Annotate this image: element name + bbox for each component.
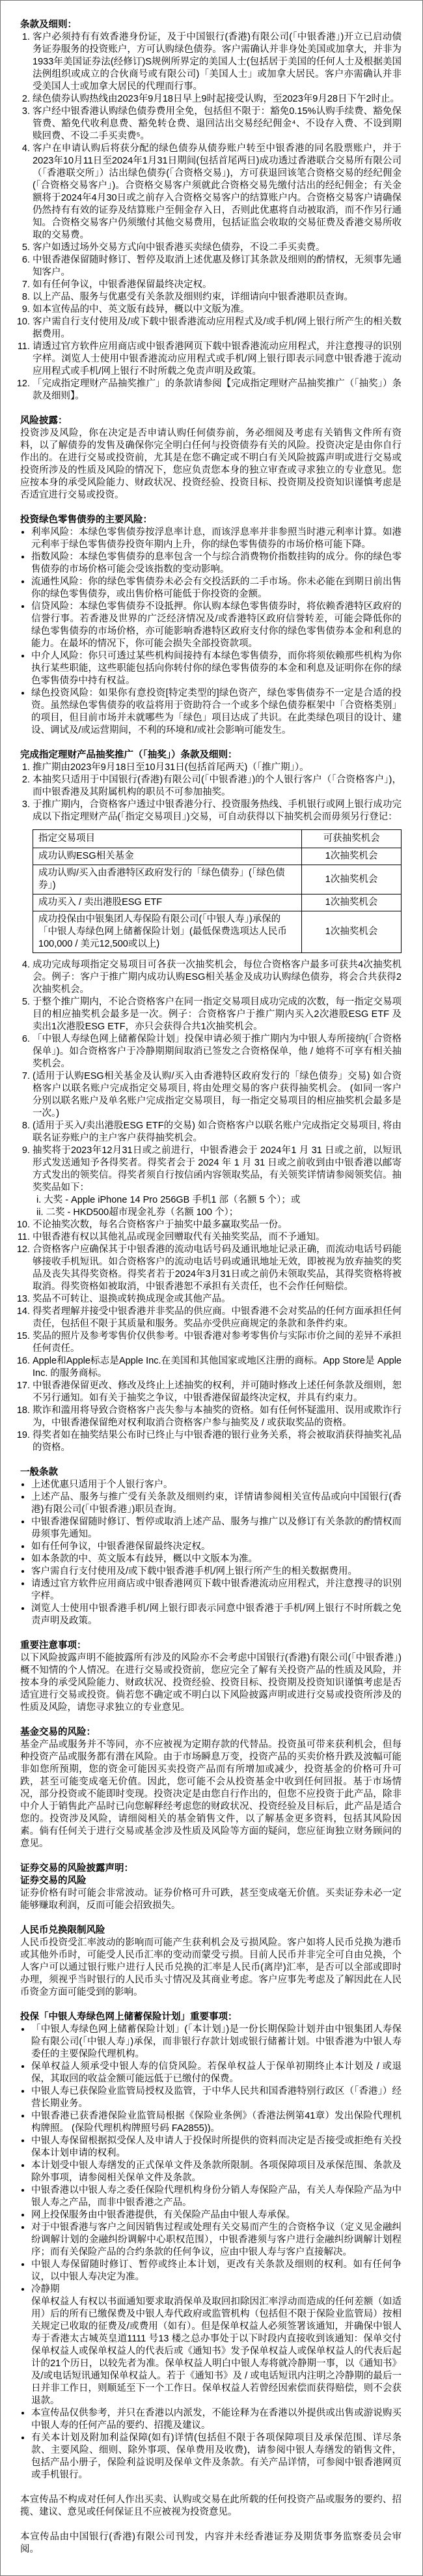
list-item: 如有任何争议，中银香港保留最终决定权。 — [33, 279, 402, 291]
table-row: 成功认购ESG相关基金1次抽奖机会 — [33, 848, 402, 865]
list-item: 中银人寿保留根据拟受保人及申请人于投保时所提供的资料而决定是否接受或拒绝有关投保… — [31, 2135, 402, 2160]
table-cell: 1次抽奖机会 — [302, 911, 402, 953]
section-heading: 投保「中银人寿绿色网上储蓄保险计划」重要事项： — [20, 2011, 402, 2024]
table-cell: 成功投保由中银集团人寿保险有限公司(「中银人寿」)承保的「中银人寿绿色网上储蓄保… — [33, 911, 302, 953]
list-item: 中介人风险：你只可透过某些机构间接持有本绿色零售债券，而你将须依赖那些机构为你执… — [31, 650, 402, 687]
section-heading: 完成指定理财产品抽奖推广（「抽奖」）条款及细则： — [20, 749, 402, 762]
table-row: 成功认购/买入由香港特区政府发行的「绿色债券」(「绿色债券」)1次抽奖机会 — [33, 865, 402, 894]
list-item: 保单权益人须承受中银人寿的信贷风险。若保单权益人于保单初期终止本计划及 / 或退… — [31, 2061, 402, 2085]
list-item: 欺诈和滥用将导致合资格客户丧失参与本抽奖的资格。如有任何怀疑滥用、误用或欺诈行为… — [33, 1405, 402, 1429]
terms-list: 推广期由2023年9月18日至10月31日(包括首尾两天)（「推广期」）。本抽奖… — [20, 762, 402, 823]
section-heading: 风险披露： — [20, 415, 402, 427]
list-item: 绿色债券认购热线由2023年9月18日早上9时起接受认购，至2023年9月28日… — [33, 93, 402, 106]
list-item: 如本宣传品的中、英文版有歧异，概以中文版为准。 — [33, 304, 402, 316]
bullet-list: 「中银人寿绿色网上储蓄保险计划」(「本计划」)是一份长期保险计划并由中银集团人寿… — [20, 2024, 402, 2482]
list-item-text: 冷静期 — [31, 2284, 60, 2295]
list-item: (适用于买入/卖出港股ESG ETF的交易) 如合资格客户以联名账户完成指定交易… — [33, 1120, 402, 1145]
table-cell: 1次抽奖机会 — [302, 865, 402, 894]
list-item: 不论抽奖次数，每名合资格客户于抽奖中最多赢取奖品一份。 — [33, 1219, 402, 1231]
list-item: 绿色投资风险：如果你有意投资[特定类型的]绿色资产，绿色零售债券不一定是合适的投… — [31, 687, 402, 737]
list-item: 上述优惠只适用于个人银行客户。 — [31, 1479, 402, 1491]
table-row: 成功买入 / 卖出港股ESG ETF1次抽奖机会 — [33, 894, 402, 911]
list-item: 流通性风险：你的绿色零售债券未必会有交投活跃的二手市场。你未必能在到期日前出售你… — [31, 576, 402, 601]
table-header-cell: 可获抽奖机会 — [302, 830, 402, 848]
list-item: 于整个推广期内，不论合资格客户在同一指定交易项目成功完成的次数，每一指定交易项目… — [33, 996, 402, 1033]
list-item: 网上投保服务由中银香港提供，有关保险产品由中银人寿承保。 — [31, 2209, 402, 2222]
list-item: 中银香港保留更改、修改及终止上述抽奖的权利，并可随时修改上述任何条款及细则，恕不… — [33, 1380, 402, 1405]
list-item: 中银香港以中银人寿之委任保险代理机构身份分销人寿保险产品，有关人寿保险产品为中银… — [31, 2184, 402, 2209]
list-item: 本宣传品仅供参考，并只在香港以内派发，不能诠释为在香港以外提供或出售或游说购买中… — [31, 2407, 402, 2432]
list-item: 抽奖将于2023年12月31日或之前进行，中银香港会于 2024年1 月 31 … — [33, 1145, 402, 1219]
list-item: 以上产品、服务与优惠受有关条款及细则约束，详细请向中银香港职员查询。 — [33, 291, 402, 304]
section-heading: 人民币兑换限制风险 — [20, 1925, 402, 1937]
list-item: 指数风险：本绿色零售债券的息率包含一个与综合消费物价指数挂钩的成分。你的绿色零售… — [31, 551, 402, 576]
list-item: 于推广期内，合资格客户透过中银香港分行、投资服务热线、手机银行或网上银行成功完成… — [33, 799, 402, 823]
list-item: 客户需自行支付使用及/或下载中银香港手机/网上银行所产生的相关数据费用。 — [31, 1566, 402, 1578]
list-item: 「中银人寿绿色网上储蓄保险计划」(「本计划」)是一份长期保险计划并由中银集团人寿… — [31, 2024, 402, 2061]
list-item: 得奖者如在抽奖结果公布时已终止与中银香港的银行业务关系，将会被取消获得抽奖礼品的… — [33, 1429, 402, 1454]
list-item: 如有任何争议，中银香港保留最终决定权。 — [31, 1541, 402, 1553]
list-item: 推广期由2023年9月18日至10月31日(包括首尾两天)（「推广期」）。 — [33, 762, 402, 774]
list-item: 信贷风险：本绿色零售债券不设抵押。你认购本绿色零售债券时，将依赖香港特区政府的信… — [31, 601, 402, 650]
paragraph: 证券价格有时可能会非常波动。证券价格可升可跌，甚至变成毫无价值。买卖证券未必一定… — [20, 1887, 402, 1912]
list-item: 客户在申请认购后将获分配的绿色债券从债券账户转至中银香港的同名股票账户，并于20… — [33, 143, 402, 242]
table-header-row: 指定交易项目可获抽奖机会 — [33, 830, 402, 848]
section-heading: 证券交易的风险披露声明： — [20, 1863, 402, 1875]
list-item: 冷静期保单权益人有权以书面通知要求取消保单及取回扣除因汇率浮动而造成的任何差额（… — [31, 2283, 402, 2407]
paragraph: 本宣传品由中国银行(香港)有限公司刊发，内容并未经香港证券及期货事务监察委员会审… — [20, 2531, 402, 2556]
list-item-text: 抽奖将于2023年12月31日或之前进行，中银香港会于 2024年1 月 31 … — [33, 1145, 402, 1193]
table-cell: 1次抽奖机会 — [302, 894, 402, 911]
sub-item: i. 大奖 - Apple iPhone 14 Pro 256GB 手机1 部（… — [36, 1194, 402, 1207]
list-item: 浏览人士使用中银香港手机/网上银行即表示同意中银香港于手机/网上银行不时所载之免… — [31, 1603, 402, 1627]
list-item: 客户如透过场外交易方式向中银香港买卖绿色债券，不设二手买卖费。 — [33, 242, 402, 254]
list-item: 中银人寿已获保险业监管局授权及监管，于中华人民共和国香港特别行政区（「香港」）经… — [31, 2085, 402, 2110]
list-item: 合资格客户应确保其于中银香港的流动电话号码及通讯地址记录正确，而流动电话号码能够… — [33, 1244, 402, 1293]
list-item: 奖品不可转让、退换或转换成现金或其他产品。 — [33, 1293, 402, 1306]
section-heading: 一般条款 — [20, 1467, 402, 1479]
list-item: 中银香港有权以其他礼品或现金回赠取代有关抽奖奖品，而不予通知。 — [33, 1231, 402, 1244]
section-heading: 证券交易的风险 — [20, 1875, 402, 1887]
list-item: 中银香港已获香港保险业监管局根据《保险业条例》（香港法例第41章）发出保险代理机… — [31, 2110, 402, 2135]
list-item: 「中银人寿绿色网上储蓄保险计划」投保申请必须于推广期内为中银人寿所接纳(「合资格… — [33, 1033, 402, 1070]
list-item: (适用于认购ESG相关基金及认购/买入由香港特区政府发行的「绿色债券」交易) 如… — [33, 1070, 402, 1120]
section-heading: 条款及细则： — [20, 19, 402, 31]
sub-item: ii. 二奖 - HKD500超市现金礼券（名额 100 个）； — [36, 1207, 402, 1219]
list-item: 本抽奖只适用于中国银行(香港)有限公司(「中银香港」)的个人银行客户（「合资格客… — [33, 774, 402, 799]
list-item: 客户必须持有有效香港身份证，及于中国银行(香港)有限公司(「中银香港」)开立已启… — [33, 31, 402, 93]
table-cell: 成功买入 / 卖出港股ESG ETF — [33, 894, 302, 911]
list-item: 如本条款的中、英文版本有歧异，概以中文版本为准。 — [31, 1553, 402, 1566]
bullet-list: 利率风险：本绿色零售债券按浮息率计息，而该浮息率并非参照当时港元利率计算。如港元… — [20, 526, 402, 737]
table-header-cell: 指定交易项目 — [33, 830, 302, 848]
list-item: 中银香港保留随时修订、暂停或取消上述产品、服务与推广以及修订有关条款的酌情权而毋… — [31, 1516, 402, 1541]
list-item: 中银香港保留随时修订、暂停及取消上述优惠及修订其条款及细则的酌情权，无须事先通知… — [33, 254, 402, 279]
list-item: 中银人寿保留随时修订、暂停或终止本计划，更改有关条款及细则的权利。如有任何争议，… — [31, 2259, 402, 2283]
list-item: 请透过官方软件应用商店或中银香港网页下载中银香港流动应用程式，并注意搜寻的识别字… — [31, 1578, 402, 1603]
table-cell: 成功认购ESG相关基金 — [33, 848, 302, 865]
list-item: 奖品的照片及参考零售价仅供参考。中银香港对参考零售价与实际市价之间的差异不承担任… — [33, 1330, 402, 1355]
section-heading: 重要注意事项： — [20, 1640, 402, 1652]
document-page: 条款及细则：客户必须持有有效香港身份证，及于中国银行(香港)有限公司(「中银香港… — [0, 0, 423, 2576]
list-item: 「完成指定理财产品抽奖推广」的条款请参阅【完成指定理财产品抽奖推广（「抽奖」）条… — [33, 378, 402, 403]
list-item: 成功完成每项指定交易项目可各获一次抽奖机会，每位合资格客户最多可获共4次抽奖机会… — [33, 959, 402, 996]
paragraph: 投资涉及风险，你在决定是否申请认购任何债券前，务必细阅及考虑有关销售文件所有资料… — [20, 427, 402, 502]
terms-list: 成功完成每项指定交易项目可各获一次抽奖机会，每位合资格客户最多可获共4次抽奖机会… — [20, 959, 402, 1454]
prize-table: 指定交易项目可获抽奖机会成功认购ESG相关基金1次抽奖机会成功认购/买入由香港特… — [33, 829, 402, 953]
list-item-detail: 保单权益人有权以书面通知要求取消保单及取回扣除因汇率浮动而造成的任何差额（如适用… — [31, 2296, 402, 2407]
table-cell: 成功认购/买入由香港特区政府发行的「绿色债券」(「绿色债券」) — [33, 865, 302, 894]
bullet-list: 上述优惠只适用于个人银行客户。上述产品、服务与推广受有关条款及细则约束，详情请参… — [20, 1479, 402, 1627]
list-item: 有关本计划及附加利益保障(如有)详情(包括但不限于各项保障项目及承保范围、详尽条… — [31, 2432, 402, 2482]
list-item: 客户经中银香港认购绿色债券费用全免，包括但不限于：豁免0.15%认购手续费、豁免… — [33, 106, 402, 143]
terms-list: 客户必须持有有效香港身份证，及于中国银行(香港)有限公司(「中银香港」)开立已启… — [20, 31, 402, 403]
table-row: 成功投保由中银集团人寿保险有限公司(「中银人寿」)承保的「中银人寿绿色网上储蓄保… — [33, 911, 402, 953]
list-item: 本计划受中银人寿缮发的正式保单文件及条款所限制。各项保障项目及承保范围、条款及除… — [31, 2160, 402, 2184]
table-cell: 1次抽奖机会 — [302, 848, 402, 865]
list-item: Apple和Apple标志是Apple Inc.在美国和其他国家或地区注册的商标… — [33, 1355, 402, 1380]
list-item: 上述产品、服务与推广受有关条款及细则约束，详情请参阅相关宣传品或向中国银行(香港… — [31, 1491, 402, 1516]
paragraph: 人民币投资受汇率波动的影响而可能产生获利机会及亏损风险。客户如将人民币兑换为港币… — [20, 1937, 402, 1999]
list-item: 得奖者理解并接受中银香港并非奖品的供应商。中银香港不会对奖品的任何方面承担任何责… — [33, 1306, 402, 1330]
list-item: 请透过官方软件应用商店或中银香港网页下载中银香港流动应用程式，并注意搜寻的识别字… — [33, 341, 402, 378]
list-item: 客户需自行支付使用及/或下载中银香港流动应用程式及/或手机/网上银行所产生的相关… — [33, 316, 402, 341]
list-item: 利率风险：本绿色零售债券按浮息率计息，而该浮息率并非参照当时港元利率计算。如港元… — [31, 526, 402, 551]
paragraph: 以下风险披露声明不能披露所有涉及的风险亦不会考虑中国银行(香港)有限公司(「中银… — [20, 1652, 402, 1714]
paragraph: 基金产品或服务并不等同，亦不应被视为定期存款的代替品。投资虽可带来获利机会，但每… — [20, 1739, 402, 1850]
list-item: 对于中银香港与客户之间因销售过程或处理有关交易而产生的合资格争议（定义见金融纠纷… — [31, 2222, 402, 2259]
paragraph: 本宣传品不构成对任何人作出买卖、认购或交易在此所载的任何投资产品或服务的要约、招… — [20, 2494, 402, 2519]
section-heading: 投资绿色零售债券的主要风险： — [20, 514, 402, 526]
document-body: 条款及细则：客户必须持有有效香港身份证，及于中国银行(香港)有限公司(「中银香港… — [1, 1, 422, 2575]
section-heading: 基金交易的风险： — [20, 1726, 402, 1739]
